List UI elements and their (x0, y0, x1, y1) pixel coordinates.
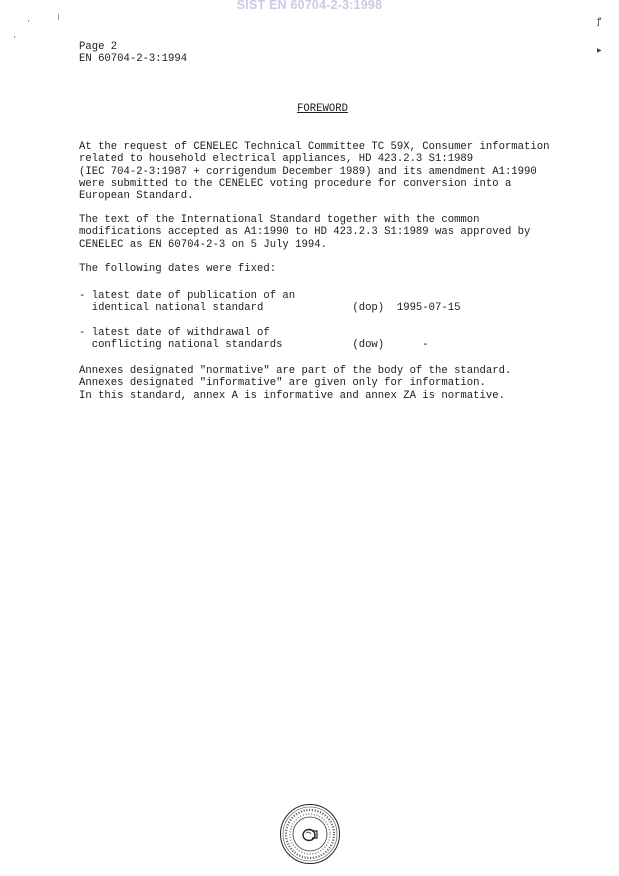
paragraph-annexes: Annexes designated "normative" are part … (79, 365, 511, 402)
date-item-dow: - latest date of withdrawal of conflicti… (79, 327, 429, 352)
paragraph-dates-intro: The following dates were fixed: (79, 263, 276, 275)
scan-speck (58, 14, 59, 20)
paragraph-approval: The text of the International Standard t… (79, 214, 530, 251)
document-id: EN 60704-2-3:1994 (79, 53, 187, 65)
date-item-dop: - latest date of publication of an ident… (79, 290, 460, 315)
page-number: Page 2 (79, 41, 117, 53)
page-header: Page 2 EN 60704-2-3:1994 (79, 41, 187, 66)
watermark: SIST EN 60704-2-3:1998 (0, 0, 619, 12)
margin-arrow-icon: ▶ (597, 47, 602, 54)
scan-speck (28, 20, 29, 22)
paragraph-request: At the request of CENELEC Technical Comm… (79, 141, 549, 202)
scan-speck (14, 36, 15, 38)
section-title: FOREWORD (0, 103, 619, 115)
official-seal-icon (279, 803, 341, 865)
margin-mark-icon: ꝭ (597, 14, 601, 27)
